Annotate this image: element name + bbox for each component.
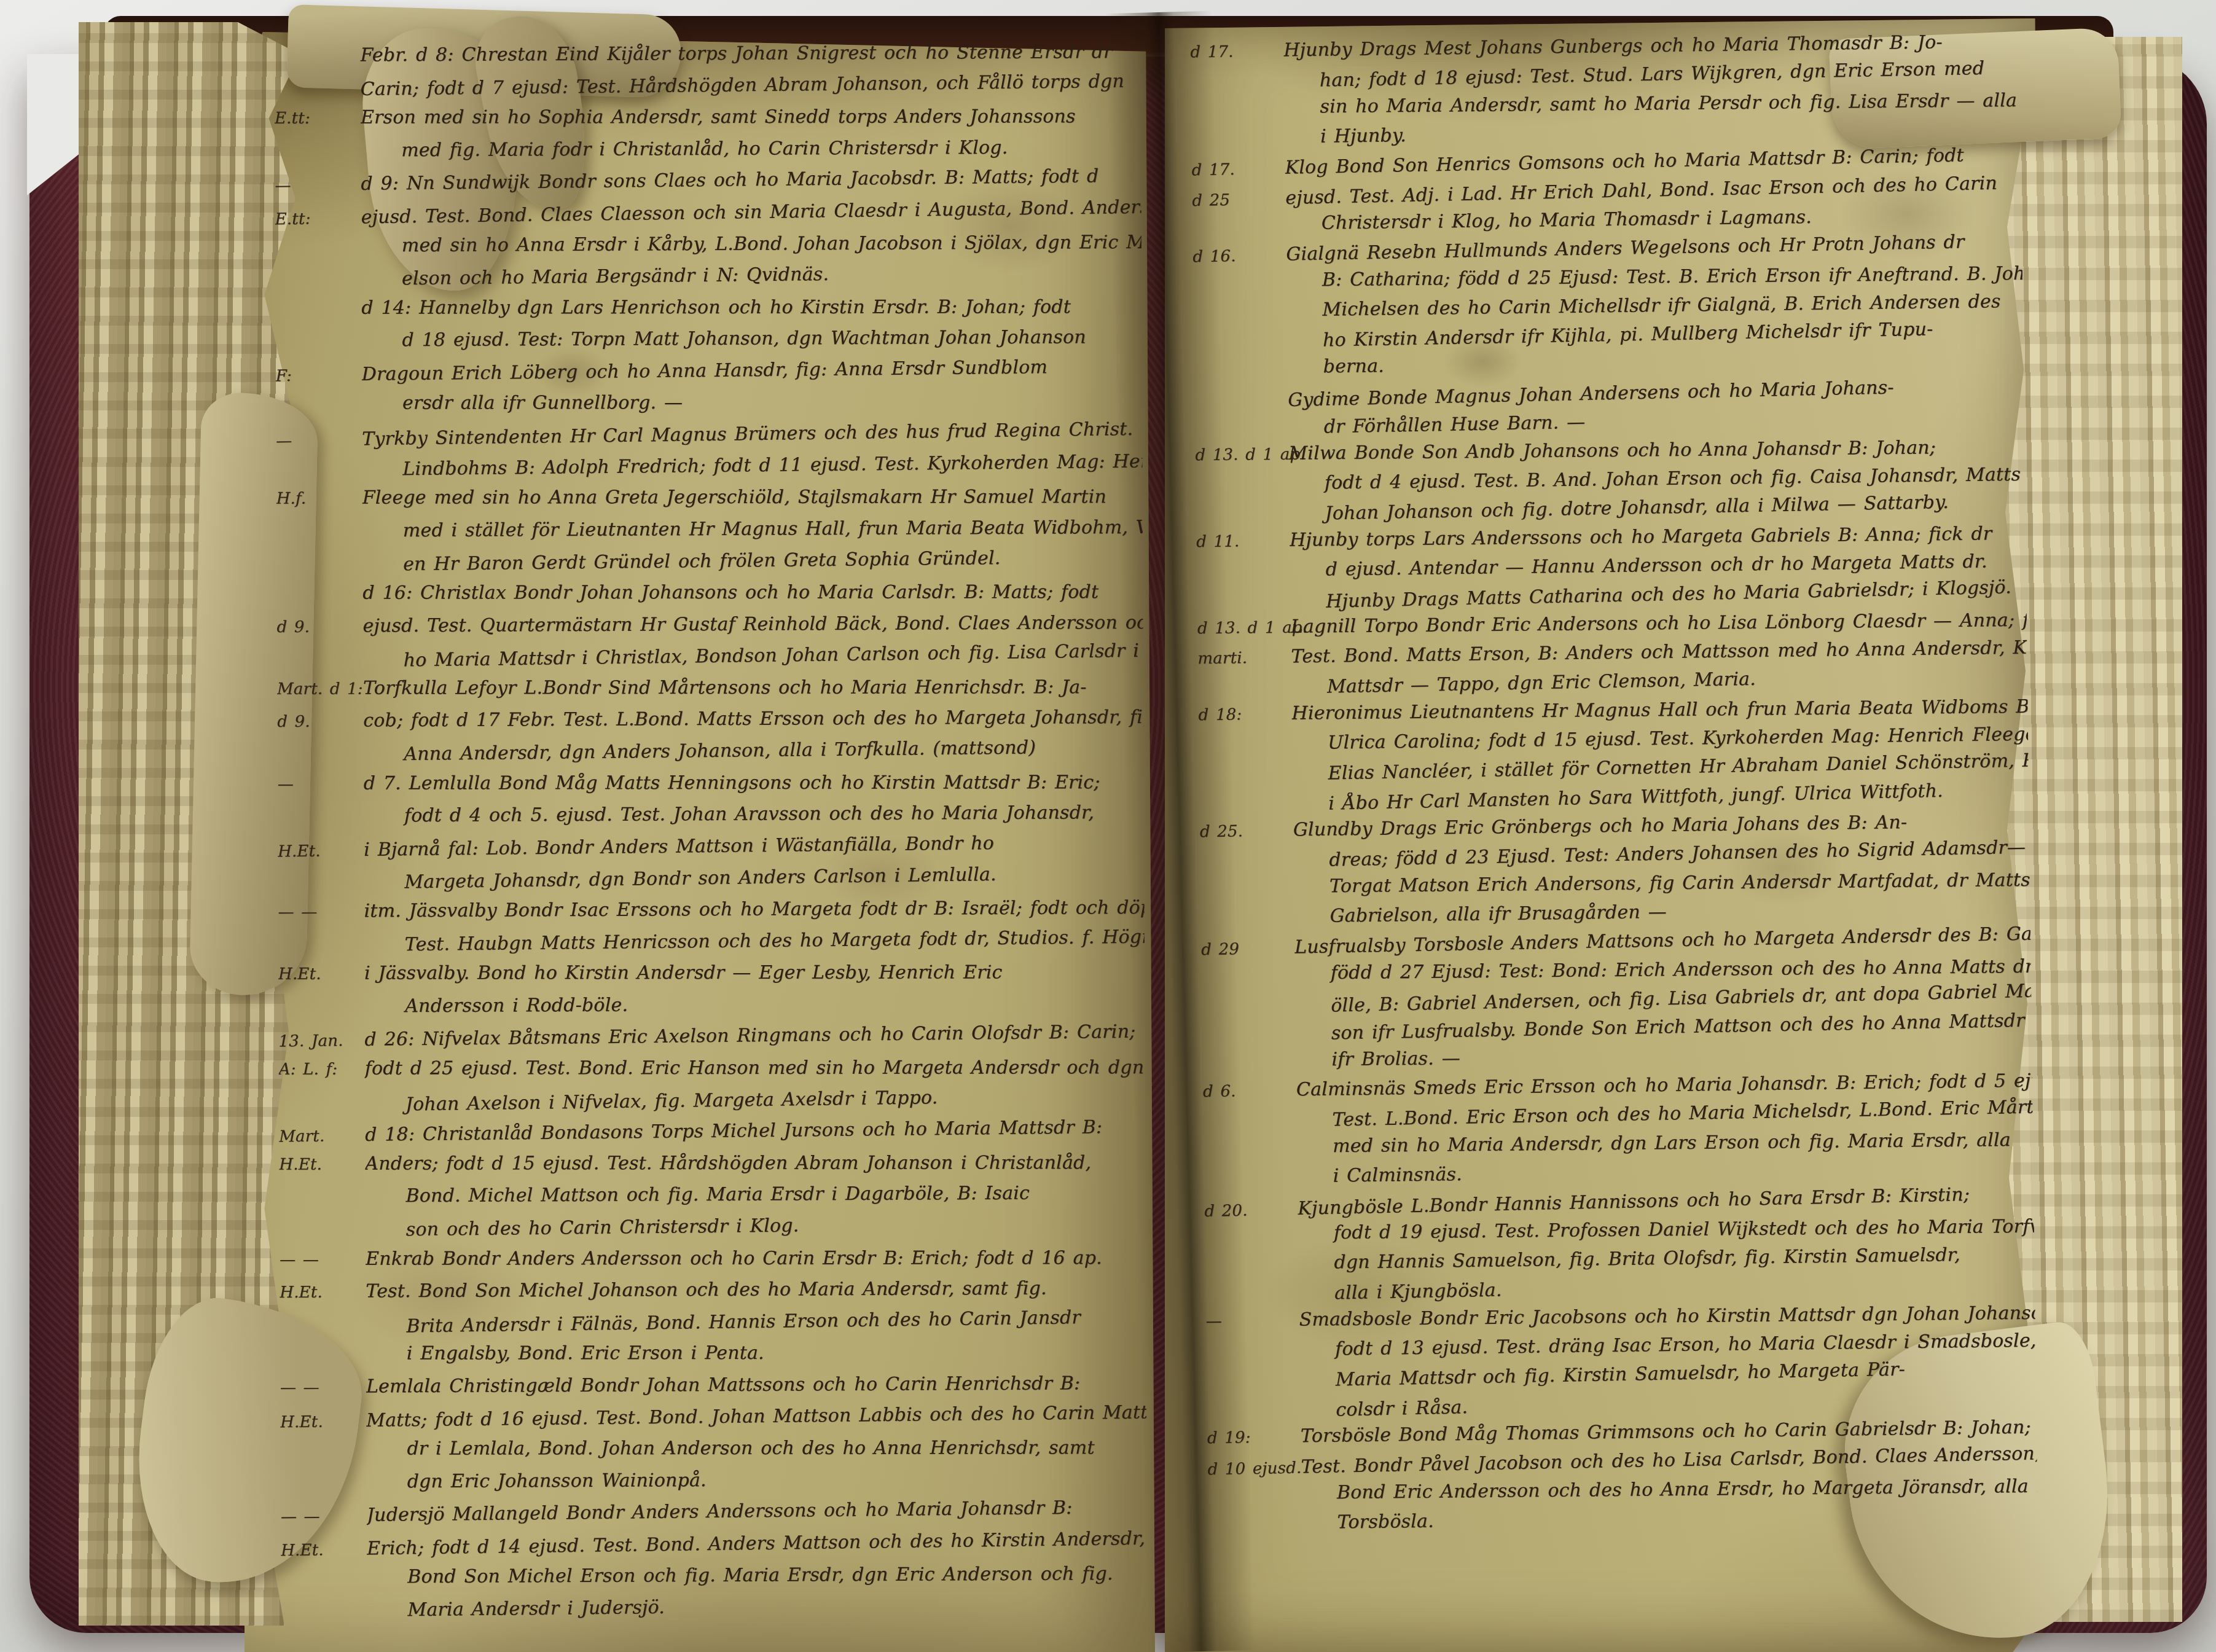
margin-annotation: — —	[280, 1378, 366, 1397]
margin-annotation	[1203, 1066, 1296, 1067]
manuscript-line: 13. Jan. d 26: Nifvelax Båtsmans Eric Ax…	[278, 1021, 1145, 1062]
line-text: d 18 ejusd. Test: Torpn Matt Johanson, d…	[361, 326, 1141, 351]
margin-annotation	[1199, 749, 1292, 750]
margin-annotation	[278, 951, 364, 952]
margin-annotation	[1196, 520, 1290, 522]
line-text: Anders; fodt d 15 ejusd. Test. Hårdshögd…	[365, 1152, 1145, 1175]
manuscript-line: F: Dragoun Erich Löberg och ho Anna Hans…	[276, 356, 1142, 396]
margin-annotation: d 29	[1201, 939, 1295, 960]
margin-annotation	[1205, 1300, 1299, 1302]
margin-annotation	[1204, 1182, 1298, 1183]
margin-annotation	[274, 61, 360, 61]
margin-annotation: — —	[281, 1507, 367, 1526]
margin-annotation: d 10 ejusd.	[1207, 1459, 1301, 1479]
margin-annotation: d 25.	[1200, 821, 1293, 841]
margin-annotation: H.f.	[276, 490, 362, 508]
margin-annotation: d 9.	[277, 713, 363, 732]
margin-annotation	[277, 761, 363, 761]
margin-annotation	[1191, 143, 1285, 144]
margin-annotation: —	[275, 176, 361, 195]
margin-annotation	[280, 1333, 366, 1334]
manuscript-line: H.f. Fleege med sin ho Anna Greta Jegers…	[276, 486, 1143, 519]
margin-annotation: d 25	[1192, 190, 1286, 210]
margin-annotation: d 13. d 1 ap.	[1197, 619, 1291, 638]
manuscript-line: A: L. f: fodt d 25 ejusd. Test. Bond. Er…	[279, 1057, 1145, 1089]
margin-annotation	[281, 1487, 367, 1488]
line-text: d 16: Christlax Bondr Johan Johansons oc…	[362, 581, 1143, 604]
margin-annotation	[281, 1616, 367, 1617]
margin-annotation: H.Et.	[278, 965, 364, 984]
margin-annotation	[1198, 694, 1291, 695]
margin-annotation	[280, 1202, 366, 1203]
line-text: fodt d 4 och 5. ejusd. Test. Johan Aravs…	[364, 802, 1144, 827]
margin-annotation: d 17.	[1191, 160, 1285, 180]
margin-annotation	[1200, 867, 1294, 869]
margin-annotation	[1191, 113, 1285, 114]
margin-annotation: H.Et.	[279, 1155, 365, 1173]
margin-annotation	[1208, 1529, 1302, 1530]
margin-annotation	[1205, 1269, 1299, 1270]
margin-annotation: F:	[276, 366, 362, 385]
line-text: Bond. Michel Mattson och fig. Maria Ersd…	[365, 1182, 1145, 1207]
margin-annotation: —	[278, 775, 364, 793]
manuscript-line: E.tt: Erson med sin ho Sophia Andersdr, …	[275, 106, 1141, 138]
margin-annotation	[1191, 87, 1284, 89]
manuscript-line: dr i Lemlala, Bond. Johan Anderson och d…	[280, 1437, 1146, 1470]
margin-annotation	[1197, 576, 1290, 577]
line-text: Enkrab Bondr Anders Andersson och ho Car…	[366, 1247, 1146, 1270]
margin-annotation	[281, 1583, 367, 1583]
margin-annotation	[1194, 347, 1287, 349]
margin-annotation: d 16.	[1192, 246, 1286, 267]
margin-annotation	[276, 476, 362, 476]
margin-annotation: d 11.	[1196, 532, 1290, 551]
page-edge-stack-left	[79, 22, 300, 1626]
margin-annotation: A: L. f:	[279, 1060, 365, 1079]
margin-annotation	[279, 1111, 365, 1112]
margin-annotation: d 6.	[1203, 1081, 1296, 1101]
manuscript-line: elson och ho Maria Bergsändr i N: Qvidnä…	[275, 260, 1141, 301]
margin-annotation	[275, 285, 361, 286]
margin-annotation	[278, 1012, 364, 1012]
manuscript-line: Test. Haubgn Matts Henricsson och des ho…	[278, 926, 1145, 966]
margin-annotation	[275, 95, 361, 96]
margin-annotation: H.Et.	[278, 842, 364, 861]
margin-annotation	[280, 1236, 366, 1237]
manuscript-line: H.Et. Anders; fodt d 15 ejusd. Test. Hår…	[279, 1152, 1145, 1184]
margin-annotation	[278, 822, 364, 823]
margin-annotation: Mart. d 1:	[277, 680, 363, 699]
line-text: cob; fodt d 17 Febr. Test. L.Bond. Matts…	[363, 707, 1143, 732]
margin-annotation	[1194, 316, 1287, 317]
margin-annotation	[1202, 1040, 1296, 1042]
manuscript-line: H.Et. i Jässvalby. Bond ho Kirstin Ander…	[278, 961, 1145, 994]
line-text: dgn Eric Johansson Wainionpå.	[367, 1468, 1147, 1493]
margin-annotation	[278, 889, 364, 890]
margin-annotation	[1204, 1153, 1297, 1153]
line-text: med fig. Maria fodr i Christanlåd, ho Ca…	[361, 136, 1141, 162]
line-text: Andersson i Rodd-böle.	[364, 992, 1145, 1017]
margin-annotation: 13. Jan.	[278, 1032, 364, 1051]
line-text: ejusd. Test. Quartermästarn Hr Gustaf Re…	[362, 612, 1143, 637]
margin-annotation	[1208, 1499, 1301, 1500]
line-text: Erson med sin ho Sophia Andersdr, samt S…	[361, 106, 1141, 128]
margin-annotation	[1202, 979, 1295, 980]
margin-annotation	[276, 570, 362, 571]
margin-annotation: Mart.	[279, 1127, 365, 1146]
margin-annotation	[276, 536, 362, 537]
margin-annotation: d 20.	[1204, 1200, 1298, 1221]
margin-annotation: d 18:	[1198, 705, 1291, 724]
margin-annotation	[275, 251, 361, 252]
margin-annotation	[1207, 1417, 1301, 1419]
line-text: dr i Lemlala, Bond. Johan Anderson och d…	[366, 1437, 1146, 1460]
manuscript-line: i Engalsby, Bond. Eric Erson i Penta.	[280, 1342, 1146, 1374]
margin-annotation: marti.	[1197, 648, 1291, 668]
line-text: i Engalsby, Bond. Eric Erson i Penta.	[366, 1342, 1146, 1364]
line-text: Lemlala Christingæld Bondr Johan Mattsso…	[366, 1372, 1146, 1398]
manuscript-line: d 14: Hannelby dgn Lars Henrichson och h…	[275, 296, 1141, 329]
margin-annotation	[1200, 893, 1294, 893]
manuscript-line: ersdr alla ifr Gunnellborg. —	[276, 391, 1142, 424]
margin-annotation	[1195, 434, 1288, 436]
photo-open-parish-register: Febr. d 8: Chrestan Eind Kijåler torps J…	[0, 0, 2216, 1652]
manuscript-line: d 16: Christlax Bondr Johan Johansons oc…	[276, 581, 1143, 614]
manuscript-line: H.Et. Matts; fodt d 16 ejusd. Test. Bond…	[280, 1401, 1146, 1442]
margin-annotation	[1194, 373, 1288, 374]
margin-annotation	[1204, 1127, 1297, 1129]
manuscript-line: en Hr Baron Gerdt Gründel och frölen Gre…	[276, 546, 1143, 586]
line-text: Test. Bond Son Michel Johanson och des h…	[366, 1277, 1146, 1302]
margin-annotation: — —	[278, 902, 364, 922]
margin-annotation: E.tt:	[275, 209, 361, 229]
margin-annotation: E.tt:	[275, 109, 361, 128]
line-text: i Jässvalby. Bond ho Kirstin Andersdr — …	[364, 961, 1145, 984]
margin-annotation	[1192, 229, 1286, 230]
margin-annotation	[1207, 1387, 1300, 1388]
line-text: Torfkulla Lefoyr L.Bondr Sind Mårtensons…	[363, 676, 1143, 699]
line-text: d 7. Lemlulla Bond Måg Matts Henningsons…	[364, 772, 1144, 794]
line-text: d 14: Hannelby dgn Lars Henrichson och h…	[361, 296, 1141, 319]
margin-annotation: H.Et.	[281, 1540, 367, 1560]
manuscript-line: son och des ho Carin Christersdr i Klog.	[280, 1212, 1146, 1252]
margin-annotation	[1201, 922, 1294, 923]
margin-annotation	[276, 346, 362, 347]
margin-annotation	[1194, 406, 1288, 408]
margin-annotation	[1196, 489, 1289, 490]
margin-annotation: d 13. d 1 ap.	[1195, 445, 1288, 464]
manuscript-line: Maria Andersdr i Judersjö.	[281, 1592, 1147, 1632]
margin-annotation: — —	[280, 1250, 366, 1269]
margin-annotation	[277, 667, 363, 668]
right-page-handwriting: d 17. Hjunby Drags Mest Johans Gunbergs …	[1190, 31, 2038, 1542]
margin-annotation: d 17.	[1190, 42, 1283, 61]
line-text: Fleege med sin ho Anna Greta Jegerschiöl…	[362, 486, 1143, 509]
manuscript-line: Carin; fodt d 7 ejusd: Test. Hårdshögden…	[274, 70, 1140, 111]
margin-annotation: —	[276, 431, 362, 451]
margin-annotation	[1205, 1239, 1298, 1240]
margin-annotation: —	[1205, 1312, 1299, 1331]
manuscript-line: Anna Andersdr, dgn Anders Johanson, alla…	[277, 736, 1143, 777]
margin-annotation: d 9.	[276, 617, 362, 636]
margin-annotation	[1200, 810, 1293, 812]
line-text: fodt d 25 ejusd. Test. Bond. Eric Hanson…	[365, 1057, 1145, 1079]
margin-annotation: d 19:	[1207, 1428, 1301, 1447]
margin-annotation: H.Et.	[280, 1283, 366, 1302]
manuscript-line: — d 7. Lemlulla Bond Måg Matts Henningso…	[278, 772, 1144, 804]
manuscript-line: Mart. d 1: Torfkulla Lefoyr L.Bondr Sind…	[277, 676, 1143, 709]
manuscript-line: — — Enkrab Bondr Anders Andersson och ho…	[280, 1247, 1146, 1280]
line-text: ersdr alla ifr Gunnellborg. —	[362, 391, 1142, 414]
margin-annotation	[1199, 780, 1293, 782]
margin-annotation	[275, 156, 361, 157]
line-text: Febr. d 8: Chrestan Eind Kijåler torps J…	[360, 41, 1140, 66]
margin-annotation	[1197, 608, 1291, 610]
margin-annotation	[1206, 1355, 1299, 1356]
left-page-handwriting: Febr. d 8: Chrestan Eind Kijåler torps J…	[274, 41, 1147, 1630]
margin-annotation	[1202, 1012, 1296, 1014]
margin-annotation	[1193, 286, 1286, 287]
margin-annotation: H.Et.	[280, 1412, 366, 1431]
line-text: med i stället för Lieutnanten Hr Magnus …	[362, 517, 1143, 542]
